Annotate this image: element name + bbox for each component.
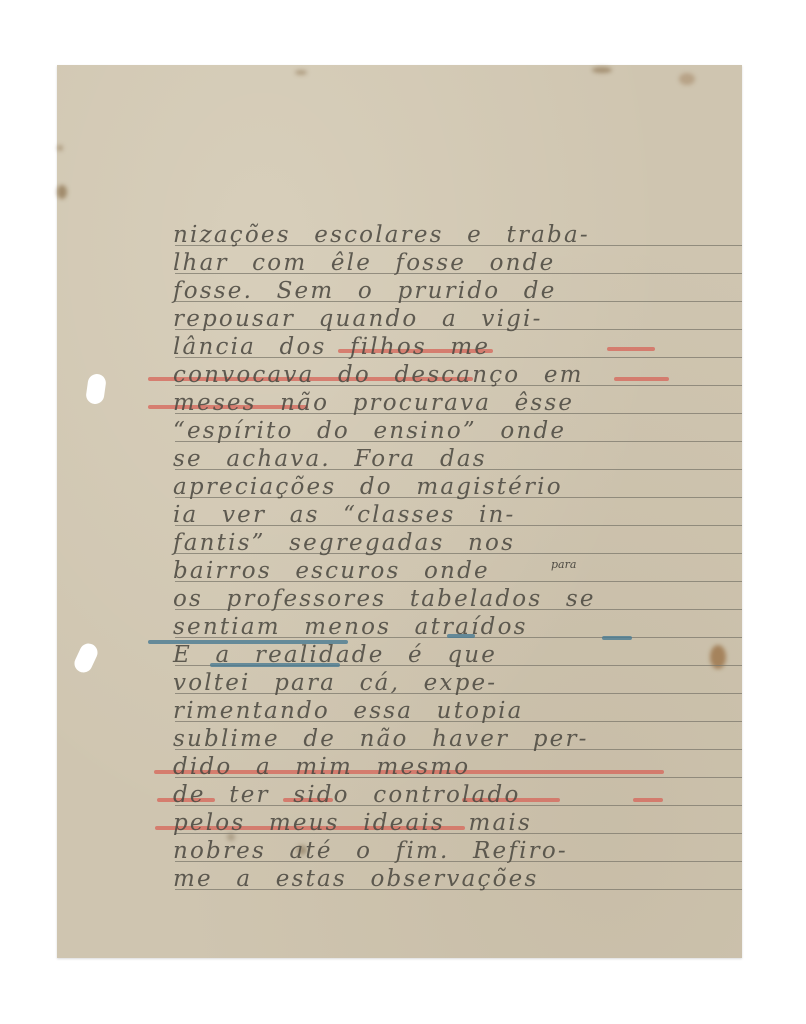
text-line: meses não procurava êsse <box>173 389 743 417</box>
text-line: sentiam menos atraídos <box>173 613 743 641</box>
text-line: me a estas observações <box>173 865 743 893</box>
text-line: repousar quando a vigi- <box>173 305 743 333</box>
punch-hole <box>85 373 107 405</box>
manuscript-page: nizações escolares e traba-lhar com êle … <box>57 65 742 958</box>
punch-hole <box>72 641 101 676</box>
age-stain <box>57 145 63 151</box>
age-stain <box>679 73 695 85</box>
text-line: bairros escuros onde <box>173 557 743 585</box>
text-line: nobres até o fim. Refiro- <box>173 837 743 865</box>
text-line: “espírito do ensino” onde <box>173 417 743 445</box>
text-line: dido a mim mesmo <box>173 753 743 781</box>
age-stain <box>592 67 612 73</box>
text-line: rimentando essa utopia <box>173 697 743 725</box>
text-line: pelos meus ideais mais <box>173 809 743 837</box>
text-line: lhar com êle fosse onde <box>173 249 743 277</box>
age-stain <box>295 70 307 75</box>
text-line: apreciações do magistério <box>173 473 743 501</box>
interlinear-insertion: para <box>551 558 576 571</box>
text-line: E a realidade é que <box>173 641 743 669</box>
text-line: sublime de não haver per- <box>173 725 743 753</box>
text-line: fantis” segregadas nos <box>173 529 743 557</box>
age-stain <box>57 185 67 199</box>
text-line: lância dos filhos me <box>173 333 743 361</box>
text-line: se achava. Fora das <box>173 445 743 473</box>
text-line: ia ver as “classes in- <box>173 501 743 529</box>
text-line: os professores tabelados se <box>173 585 743 613</box>
text-line: fosse. Sem o prurido de <box>173 277 743 305</box>
text-line: nizações escolares e traba- <box>173 221 743 249</box>
text-line: de ter sido controlado <box>173 781 743 809</box>
text-line: voltei para cá, expe- <box>173 669 743 697</box>
text-line: convocava do descanço em <box>173 361 743 389</box>
